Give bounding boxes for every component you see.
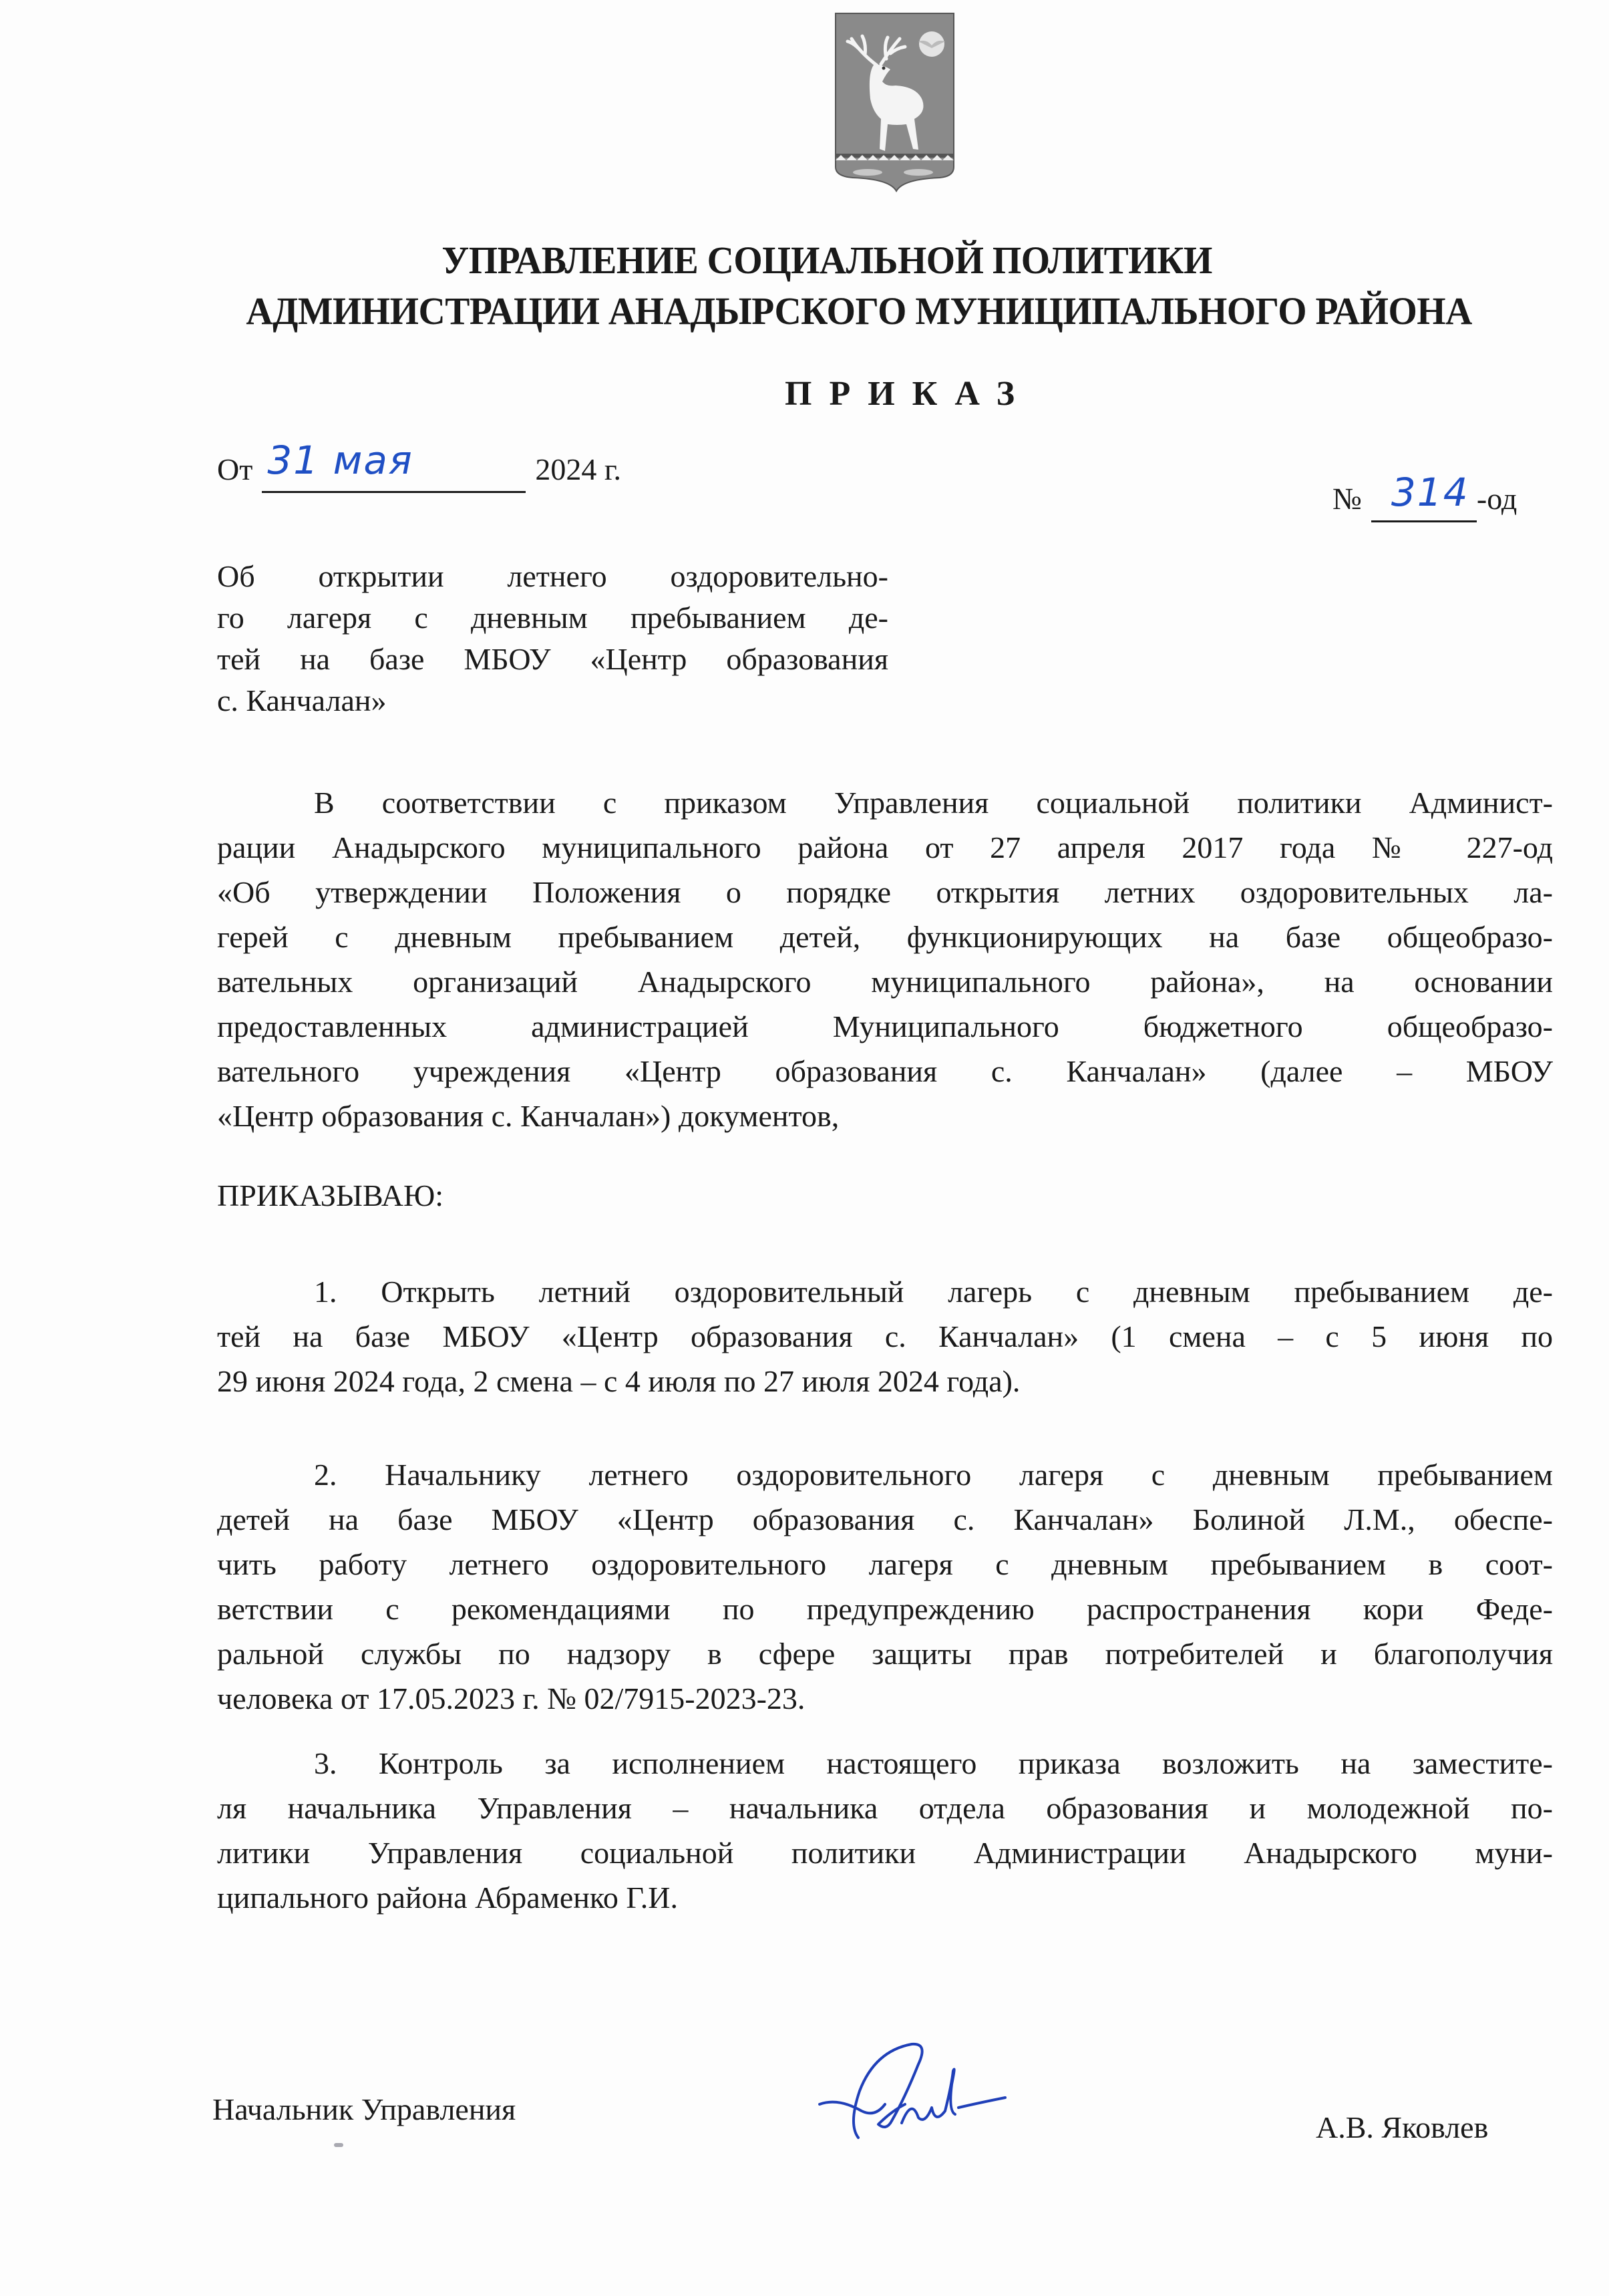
date-year: 2024 г. [535, 446, 621, 493]
order-subject: Об открытии летнего оздоровительно- го л… [217, 556, 888, 721]
date-prefix: От [217, 446, 252, 493]
coat-of-arms-icon [833, 12, 956, 194]
text-line: 2. Начальнику летнего оздоровительного л… [217, 1452, 1553, 1497]
number-blank-line: 314 [1371, 485, 1477, 522]
handwritten-number: 314 [1391, 469, 1469, 516]
text-line: герей с дневным пребыванием детей, функц… [217, 915, 1553, 959]
text-line: В соответствии с приказом Управления соц… [217, 780, 1553, 825]
order-number: № 314 -од [1332, 476, 1517, 522]
text-line: чить работу летнего оздоровительного лаг… [217, 1542, 1553, 1587]
text-line: человека от 17.05.2023 г. № 02/7915-2023… [217, 1676, 1553, 1721]
number-sign: № [1332, 476, 1362, 522]
date-blank-line: 31 мая [262, 454, 526, 493]
subject-line: Об открытии летнего оздоровительно- [217, 556, 888, 597]
document-page: УПРАВЛЕНИЕ СОЦИАЛЬНОЙ ПОЛИТИКИ АДМИНИСТР… [0, 0, 1609, 2296]
text-line: предоставленных администрацией Муниципал… [217, 1004, 1553, 1049]
signatory-name: А.В. Яковлев [1316, 2108, 1488, 2148]
subject-line: го лагеря с дневным пребыванием де- [217, 597, 888, 639]
text-line: ля начальника Управления – начальника от… [217, 1786, 1553, 1830]
text-line: ветствии с рекомендациями по предупрежде… [217, 1587, 1553, 1631]
text-line: вательного учреждения «Центр образования… [217, 1049, 1553, 1094]
order-item-1: 1. Открыть летний оздоровительный лагерь… [217, 1269, 1553, 1404]
text-line: ципального района Абраменко Г.И. [217, 1875, 1553, 1920]
text-line: детей на базе МБОУ «Центр образования с.… [217, 1497, 1553, 1542]
handwritten-date: 31 мая [267, 437, 413, 484]
order-directive-word: ПРИКАЗЫВАЮ: [217, 1173, 443, 1218]
subject-line: с. Канчалан» [217, 680, 888, 721]
order-item-2: 2. Начальнику летнего оздоровительного л… [217, 1452, 1553, 1721]
preamble-paragraph: В соответствии с приказом Управления соц… [217, 780, 1553, 1138]
text-line: ральной службы по надзору в сфере защиты… [217, 1631, 1553, 1676]
order-date: От 31 мая 2024 г. [217, 446, 621, 493]
handwritten-signature-icon [812, 2024, 1019, 2141]
order-item-3: 3. Контроль за исполнением настоящего пр… [217, 1741, 1553, 1920]
organization-header: УПРАВЛЕНИЕ СОЦИАЛЬНОЙ ПОЛИТИКИ АДМИНИСТР… [32, 235, 1577, 337]
text-line: 1. Открыть летний оздоровительный лагерь… [217, 1269, 1553, 1314]
number-suffix: -од [1477, 476, 1517, 522]
text-line: 29 июня 2024 года, 2 смена – с 4 июля по… [217, 1359, 1553, 1404]
document-type-title: ПРИКАЗ [785, 371, 1032, 418]
scan-artifact [334, 2143, 343, 2147]
signatory-position: Начальник Управления [212, 2090, 516, 2130]
text-line: «Об утверждении Положения о порядке откр… [217, 870, 1553, 915]
text-line: 3. Контроль за исполнением настоящего пр… [217, 1741, 1553, 1786]
org-name-line1: УПРАВЛЕНИЕ СОЦИАЛЬНОЙ ПОЛИТИКИ [32, 235, 1577, 286]
text-line: литики Управления социальной политики Ад… [217, 1830, 1553, 1875]
text-line: вательных организаций Анадырского муници… [217, 959, 1553, 1004]
subject-line: тей на базе МБОУ «Центр образования [217, 639, 888, 680]
text-line: тей на базе МБОУ «Центр образования с. К… [217, 1314, 1553, 1359]
org-name-line2: АДМИНИСТРАЦИИ АНАДЫРСКОГО МУНИЦИПАЛЬНОГО… [32, 286, 1577, 337]
text-line: «Центр образования с. Канчалан») докумен… [217, 1094, 1553, 1138]
text-line: рации Анадырского муниципального района … [217, 825, 1553, 870]
